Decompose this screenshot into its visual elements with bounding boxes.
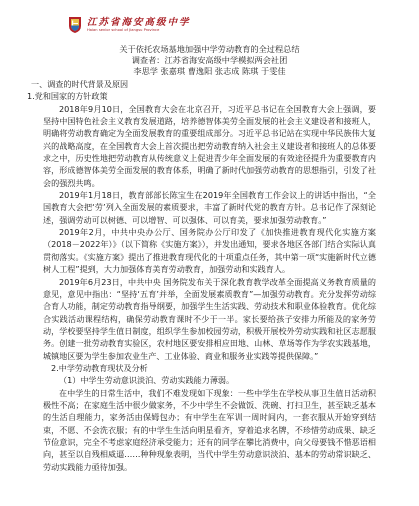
authors-line: 李思学 张嘉琪 曹逸阳 张志成 陈琪 于雯佳 [0, 66, 419, 77]
subsection-heading: 2.中学劳动教育现状及分析 [43, 362, 376, 374]
school-shield-logo-icon [68, 16, 82, 34]
investigator-line: 调查者：江苏省海安高级中学模拟两会社团 [0, 55, 419, 66]
paragraph: 2018年9月10日，全国教育大会在北京召开，习近平总书记在全国教育大会上强调，… [43, 103, 376, 189]
paragraph: 2019年6月23日，中共中央 国务院发布关于深化教育教学改革全面提高义务教育质… [43, 276, 376, 362]
school-name: 江苏省海安高级中学 Haian senior school of Jiangsu… [87, 17, 191, 33]
school-name-en: Haian senior school of Jiangsu Province [87, 28, 191, 33]
paragraph: 2019年2月，中共中央办公厅、国务院办公厅印发了《加快推进教育现代化实施方案（… [43, 226, 376, 275]
document-body: 一、调查的时代背景及原因 1.党和国家的方针政策 2018年9月10日，全国教育… [43, 78, 376, 473]
section-heading: 一、调查的时代背景及原因 [31, 78, 376, 90]
school-name-cn: 江苏省海安高级中学 [87, 17, 191, 28]
paragraph: 2019年1月18日，教育部部长陈宝生在2019年全国教育工作会议上的讲话中指出… [43, 189, 376, 226]
title-block: 关于依托农场基地加强中学劳动教育的全过程总结 调查者：江苏省海安高级中学模拟两会… [0, 44, 419, 77]
paragraph: 在中学生的日常生活中，我们不难发现如下现象：一些中学生在学校从事卫生值日活动积极… [43, 387, 376, 473]
sub-subsection-heading: （1）中学生劳动意识淡泊、劳动实践能力薄弱。 [43, 374, 376, 386]
subsection-heading: 1.党和国家的方针政策 [27, 90, 376, 102]
document-title: 关于依托农场基地加强中学劳动教育的全过程总结 [0, 44, 419, 55]
document-header: 江苏省海安高级中学 Haian senior school of Jiangsu… [68, 14, 191, 36]
